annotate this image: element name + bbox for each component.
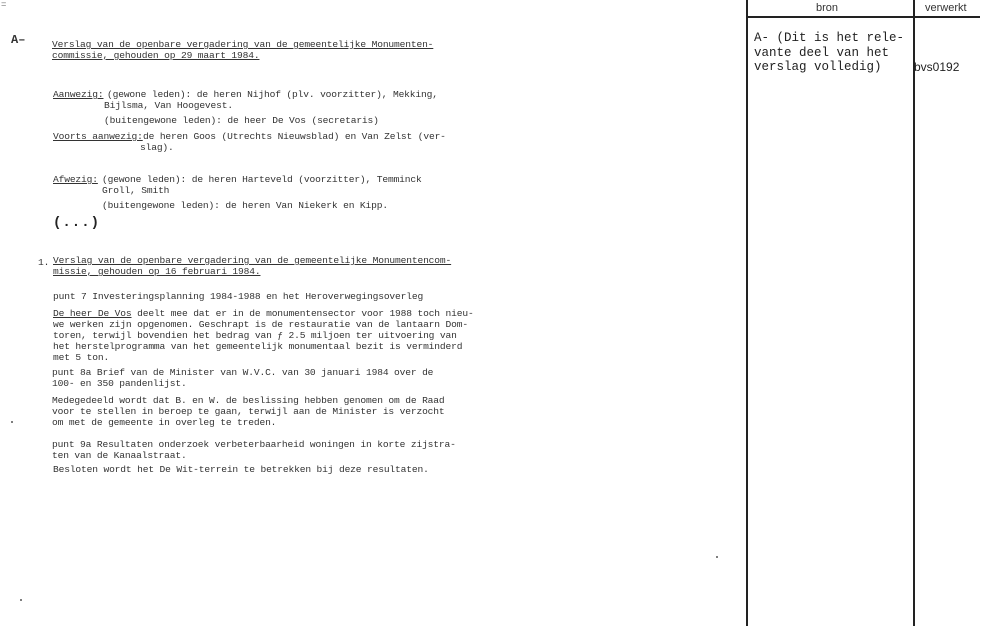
punt-8a-body: Medegedeeld wordt dat B. en W. de beslis… — [52, 395, 445, 428]
punt-9a-body: Besloten wordt het De Wit-terrein te bet… — [53, 464, 429, 475]
punt-7-line-5: met 5 ton. — [53, 352, 109, 363]
punt-9a-line-2: ten van de Kanaalstraat. — [52, 450, 187, 461]
speck-mark — [11, 421, 13, 423]
aanwezig-line-1: (gewone leden): de heren Nijhof (plv. vo… — [107, 89, 438, 100]
aanwezig-label: Aanwezig: — [53, 89, 103, 100]
punt-8a-body-line-3: om met de gemeente in overleg te treden. — [52, 417, 276, 428]
omission-ellipsis: (...) — [53, 215, 100, 231]
punt-7-body: De heer De Vos deelt mee dat er in de mo… — [53, 308, 474, 363]
item-title-line-1: Verslag van de openbare vergadering van … — [53, 255, 451, 266]
report-title-line-2: commissie, gehouden op 29 maart 1984. — [52, 50, 259, 61]
aanwezig-line-2: Bijlsma, Van Hoogevest. — [104, 100, 233, 111]
item-number: 1. — [38, 257, 49, 268]
page-corner-mark: = — [1, 0, 6, 10]
item-title-line-2: missie, gehouden op 16 februari 1984. — [53, 266, 260, 277]
speaker-name: De heer De Vos — [53, 308, 132, 319]
punt-9a-line-1: punt 9a Resultaten onderzoek verbeterbaa… — [52, 439, 456, 450]
punt-7-line-2: we werken zijn opgenomen. Geschrapt is d… — [53, 319, 468, 330]
punt-8a-body-line-2: voor te stellen in beroep te gaan, terwi… — [52, 406, 445, 417]
afwezig-line-1: (gewone leden): de heren Harteveld (voor… — [102, 174, 422, 185]
table-left-border — [746, 0, 748, 626]
bron-cell: A- (Dit is het rele- vante deel van het … — [754, 31, 904, 75]
voorts-label: Voorts aanwezig: — [53, 131, 143, 142]
punt-8a-heading: punt 8a Brief van de Minister van W.V.C.… — [52, 367, 433, 389]
table-header-rule — [746, 16, 980, 18]
table-column-divider — [913, 0, 915, 626]
aanwezig-line-3: (buitengewone leden): de heer De Vos (se… — [104, 115, 379, 126]
speck-mark — [20, 599, 22, 601]
punt-7-line-1: deelt mee dat er in de monumentensector … — [132, 308, 474, 319]
voorts-line-2: slag). — [140, 142, 174, 153]
punt-7-line-3: toren, terwijl bovendien het bedrag van … — [53, 330, 457, 341]
column-header-verwerkt: verwerkt — [925, 2, 967, 14]
punt-9a-heading: punt 9a Resultaten onderzoek verbeterbaa… — [52, 439, 456, 461]
afwezig-line-2: Groll, Smith — [102, 185, 169, 196]
punt-7-heading: punt 7 Investeringsplanning 1984-1988 en… — [53, 291, 423, 302]
punt-8a-line-2: 100- en 350 pandenlijst. — [52, 378, 187, 389]
column-header-bron: bron — [816, 2, 838, 14]
afwezig-label: Afwezig: — [53, 174, 98, 185]
punt-7-line-4: het herstelprogramma van het gemeentelij… — [53, 341, 462, 352]
verwerkt-cell: bvs0192 — [914, 60, 959, 74]
afwezig-line-3: (buitengewone leden): de heren Van Nieke… — [102, 200, 388, 211]
punt-8a-line-1: punt 8a Brief van de Minister van W.V.C.… — [52, 367, 433, 378]
voorts-line-1: de heren Goos (Utrechts Nieuwsblad) en V… — [143, 131, 446, 142]
punt-8a-body-line-1: Medegedeeld wordt dat B. en W. de beslis… — [52, 395, 445, 406]
speck-mark — [716, 556, 718, 558]
section-marker: A– — [11, 33, 25, 47]
report-title-line-1: Verslag van de openbare vergadering van … — [52, 39, 433, 50]
